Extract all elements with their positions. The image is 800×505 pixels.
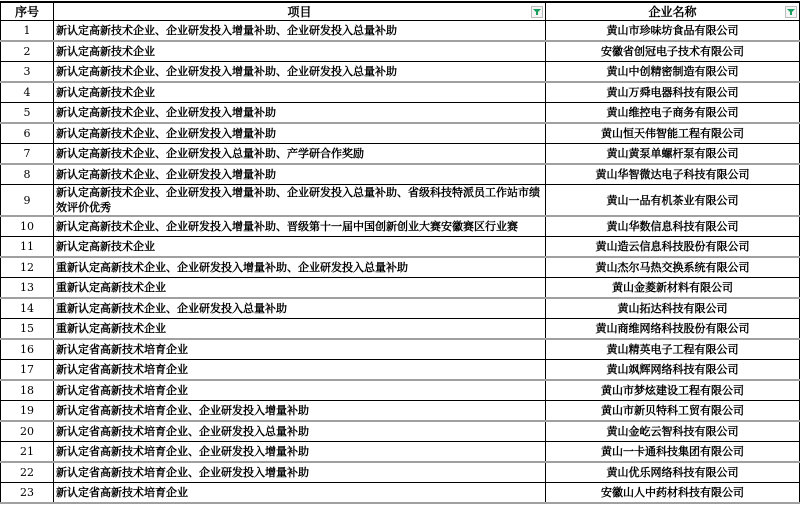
company-cell[interactable]: 黄山金屹云智科技有限公司	[546, 421, 800, 442]
table-row: 19 新认定省高新技术培育企业、企业研发投入增量补助 黄山市新贝特科工贸有限公司	[1, 401, 800, 422]
project-cell[interactable]: 重新认定高新技术企业、企业研发投入总量补助	[54, 298, 546, 319]
company-cell[interactable]: 黄山华数信息科技有限公司	[546, 216, 800, 237]
project-cell[interactable]: 重新认定高新技术企业	[54, 319, 546, 340]
project-cell[interactable]: 新认定省高新技术培育企业	[54, 483, 546, 504]
project-cell[interactable]: 新认定高新技术企业、企业研发投入增量补助	[54, 103, 546, 124]
row-number-cell[interactable]: 12	[1, 257, 54, 278]
table-row: 7 新认定高新技术企业、企业研发投入总量补助、产学研合作奖励 黄山黄泵单螺杆泵有…	[1, 144, 800, 165]
project-cell[interactable]: 新认定高新技术企业	[54, 82, 546, 103]
project-cell[interactable]: 新认定省高新技术培育企业	[54, 339, 546, 360]
table-row: 18 新认定省高新技术培育企业 黄山市梦炫建设工程有限公司	[1, 380, 800, 401]
project-cell[interactable]: 新认定高新技术企业、企业研发投入总量补助、产学研合作奖励	[54, 144, 546, 165]
table-row: 17 新认定省高新技术培育企业 黄山飒辉网络科技有限公司	[1, 360, 800, 381]
filter-button-company[interactable]	[785, 6, 797, 18]
row-number-cell[interactable]: 3	[1, 62, 54, 83]
project-cell[interactable]: 新认定高新技术企业、企业研发投入增量补助	[54, 123, 546, 144]
table-row: 5 新认定高新技术企业、企业研发投入增量补助 黄山维控电子商务有限公司	[1, 103, 800, 124]
row-number-cell[interactable]: 10	[1, 216, 54, 237]
filter-funnel-icon	[787, 8, 795, 16]
table-row: 15 重新认定高新技术企业 黄山商维网络科技股份有限公司	[1, 319, 800, 340]
project-cell[interactable]: 新认定省高新技术培育企业	[54, 380, 546, 401]
row-number-cell[interactable]: 18	[1, 380, 54, 401]
row-number-cell[interactable]: 17	[1, 360, 54, 381]
table-row: 13 重新认定高新技术企业 黄山金菱新材料有限公司	[1, 278, 800, 299]
row-number-cell[interactable]: 7	[1, 144, 54, 165]
project-cell[interactable]: 新认定省高新技术培育企业、企业研发投入增量补助	[54, 442, 546, 463]
table-row: 8 新认定高新技术企业、企业研发投入增量补助 黄山华智微达电子科技有限公司	[1, 164, 800, 185]
project-cell[interactable]: 新认定省高新技术培育企业、企业研发投入总量补助	[54, 421, 546, 442]
row-number-cell[interactable]: 11	[1, 237, 54, 258]
company-cell[interactable]: 黄山商维网络科技股份有限公司	[546, 319, 800, 340]
column-header-project[interactable]: 项目	[54, 2, 546, 21]
row-number-cell[interactable]: 8	[1, 164, 54, 185]
table-row: 2 新认定高新技术企业 安徽省创冠电子技术有限公司	[1, 41, 800, 62]
company-cell[interactable]: 安徽省创冠电子技术有限公司	[546, 41, 800, 62]
table-row: 22 新认定省高新技术培育企业、企业研发投入增量补助 黄山优乐网络科技有限公司	[1, 462, 800, 483]
row-number-cell[interactable]: 23	[1, 483, 54, 504]
data-grid: 序号 项目 企业名称	[0, 1, 800, 504]
filter-funnel-icon	[533, 8, 541, 16]
row-number-cell[interactable]: 2	[1, 41, 54, 62]
company-cell[interactable]: 黄山华智微达电子科技有限公司	[546, 164, 800, 185]
table-row: 9 新认定高新技术企业、企业研发投入增量补助、企业研发投入总量补助、省级科技特派…	[1, 185, 800, 217]
company-cell[interactable]: 黄山优乐网络科技有限公司	[546, 462, 800, 483]
table-row: 21 新认定省高新技术培育企业、企业研发投入增量补助 黄山一卡通科技集团有限公司	[1, 442, 800, 463]
company-cell[interactable]: 黄山市梦炫建设工程有限公司	[546, 380, 800, 401]
table-row: 20 新认定省高新技术培育企业、企业研发投入总量补助 黄山金屹云智科技有限公司	[1, 421, 800, 442]
row-number-cell[interactable]: 16	[1, 339, 54, 360]
column-header-label: 企业名称	[648, 5, 696, 19]
table-row: 23 新认定省高新技术培育企业 安徽山人中药材科技有限公司	[1, 483, 800, 504]
company-cell[interactable]: 黄山中创精密制造有限公司	[546, 62, 800, 83]
project-cell[interactable]: 新认定高新技术企业、企业研发投入增量补助、企业研发投入总量补助	[54, 62, 546, 83]
project-cell[interactable]: 新认定省高新技术培育企业、企业研发投入增量补助	[54, 401, 546, 422]
row-number-cell[interactable]: 9	[1, 185, 54, 217]
row-number-cell[interactable]: 20	[1, 421, 54, 442]
table-row: 4 新认定高新技术企业 黄山万舜电器科技有限公司	[1, 82, 800, 103]
row-number-cell[interactable]: 15	[1, 319, 54, 340]
column-header-no[interactable]: 序号	[1, 2, 54, 21]
table-row: 12 重新认定高新技术企业、企业研发投入增量补助、企业研发投入总量补助 黄山杰尔…	[1, 257, 800, 278]
filter-button-project[interactable]	[531, 6, 543, 18]
company-cell[interactable]: 黄山市珍味坊食品有限公司	[546, 21, 800, 42]
table-row: 6 新认定高新技术企业、企业研发投入增量补助 黄山恒天伟智能工程有限公司	[1, 123, 800, 144]
project-cell[interactable]: 重新认定高新技术企业、企业研发投入增量补助、企业研发投入总量补助	[54, 257, 546, 278]
company-cell[interactable]: 黄山拓达科技有限公司	[546, 298, 800, 319]
company-cell[interactable]: 黄山恒天伟智能工程有限公司	[546, 123, 800, 144]
row-number-cell[interactable]: 6	[1, 123, 54, 144]
project-cell[interactable]: 新认定省高新技术培育企业、企业研发投入增量补助	[54, 462, 546, 483]
table-row: 14 重新认定高新技术企业、企业研发投入总量补助 黄山拓达科技有限公司	[1, 298, 800, 319]
project-cell[interactable]: 重新认定高新技术企业	[54, 278, 546, 299]
company-cell[interactable]: 黄山万舜电器科技有限公司	[546, 82, 800, 103]
project-cell[interactable]: 新认定高新技术企业、企业研发投入增量补助、企业研发投入总量补助	[54, 21, 546, 42]
company-cell[interactable]: 黄山市新贝特科工贸有限公司	[546, 401, 800, 422]
project-cell[interactable]: 新认定高新技术企业	[54, 237, 546, 258]
company-cell[interactable]: 黄山金菱新材料有限公司	[546, 278, 800, 299]
row-number-cell[interactable]: 22	[1, 462, 54, 483]
table-row: 16 新认定省高新技术培育企业 黄山精英电子工程有限公司	[1, 339, 800, 360]
column-header-company[interactable]: 企业名称	[546, 2, 800, 21]
header-row: 序号 项目 企业名称	[1, 2, 800, 21]
company-cell[interactable]: 黄山黄泵单螺杆泵有限公司	[546, 144, 800, 165]
row-number-cell[interactable]: 21	[1, 442, 54, 463]
project-cell[interactable]: 新认定高新技术企业、企业研发投入增量补助、晋级第十一届中国创新创业大赛安徽赛区行…	[54, 216, 546, 237]
column-header-label: 序号	[15, 5, 39, 19]
row-number-cell[interactable]: 4	[1, 82, 54, 103]
row-number-cell[interactable]: 19	[1, 401, 54, 422]
row-number-cell[interactable]: 13	[1, 278, 54, 299]
row-number-cell[interactable]: 14	[1, 298, 54, 319]
project-cell[interactable]: 新认定高新技术企业、企业研发投入增量补助、企业研发投入总量补助、省级科技特派员工…	[54, 185, 546, 217]
column-header-label: 项目	[287, 5, 311, 19]
project-cell[interactable]: 新认定省高新技术培育企业	[54, 360, 546, 381]
company-cell[interactable]: 安徽山人中药材科技有限公司	[546, 483, 800, 504]
company-cell[interactable]: 黄山维控电子商务有限公司	[546, 103, 800, 124]
table-row: 3 新认定高新技术企业、企业研发投入增量补助、企业研发投入总量补助 黄山中创精密…	[1, 62, 800, 83]
company-cell[interactable]: 黄山精英电子工程有限公司	[546, 339, 800, 360]
table-row: 10 新认定高新技术企业、企业研发投入增量补助、晋级第十一届中国创新创业大赛安徽…	[1, 216, 800, 237]
company-cell[interactable]: 黄山杰尔马热交换系统有限公司	[546, 257, 800, 278]
company-cell[interactable]: 黄山一品有机茶业有限公司	[546, 185, 800, 217]
table-row: 11 新认定高新技术企业 黄山造云信息科技股份有限公司	[1, 237, 800, 258]
company-cell[interactable]: 黄山造云信息科技股份有限公司	[546, 237, 800, 258]
row-number-cell[interactable]: 1	[1, 21, 54, 42]
project-cell[interactable]: 新认定高新技术企业	[54, 41, 546, 62]
project-cell[interactable]: 新认定高新技术企业、企业研发投入增量补助	[54, 164, 546, 185]
company-cell[interactable]: 黄山飒辉网络科技有限公司	[546, 360, 800, 381]
row-number-cell[interactable]: 5	[1, 103, 54, 124]
spreadsheet-table: 序号 项目 企业名称	[0, 0, 800, 505]
table-row: 1 新认定高新技术企业、企业研发投入增量补助、企业研发投入总量补助 黄山市珍味坊…	[1, 21, 800, 42]
company-cell[interactable]: 黄山一卡通科技集团有限公司	[546, 442, 800, 463]
